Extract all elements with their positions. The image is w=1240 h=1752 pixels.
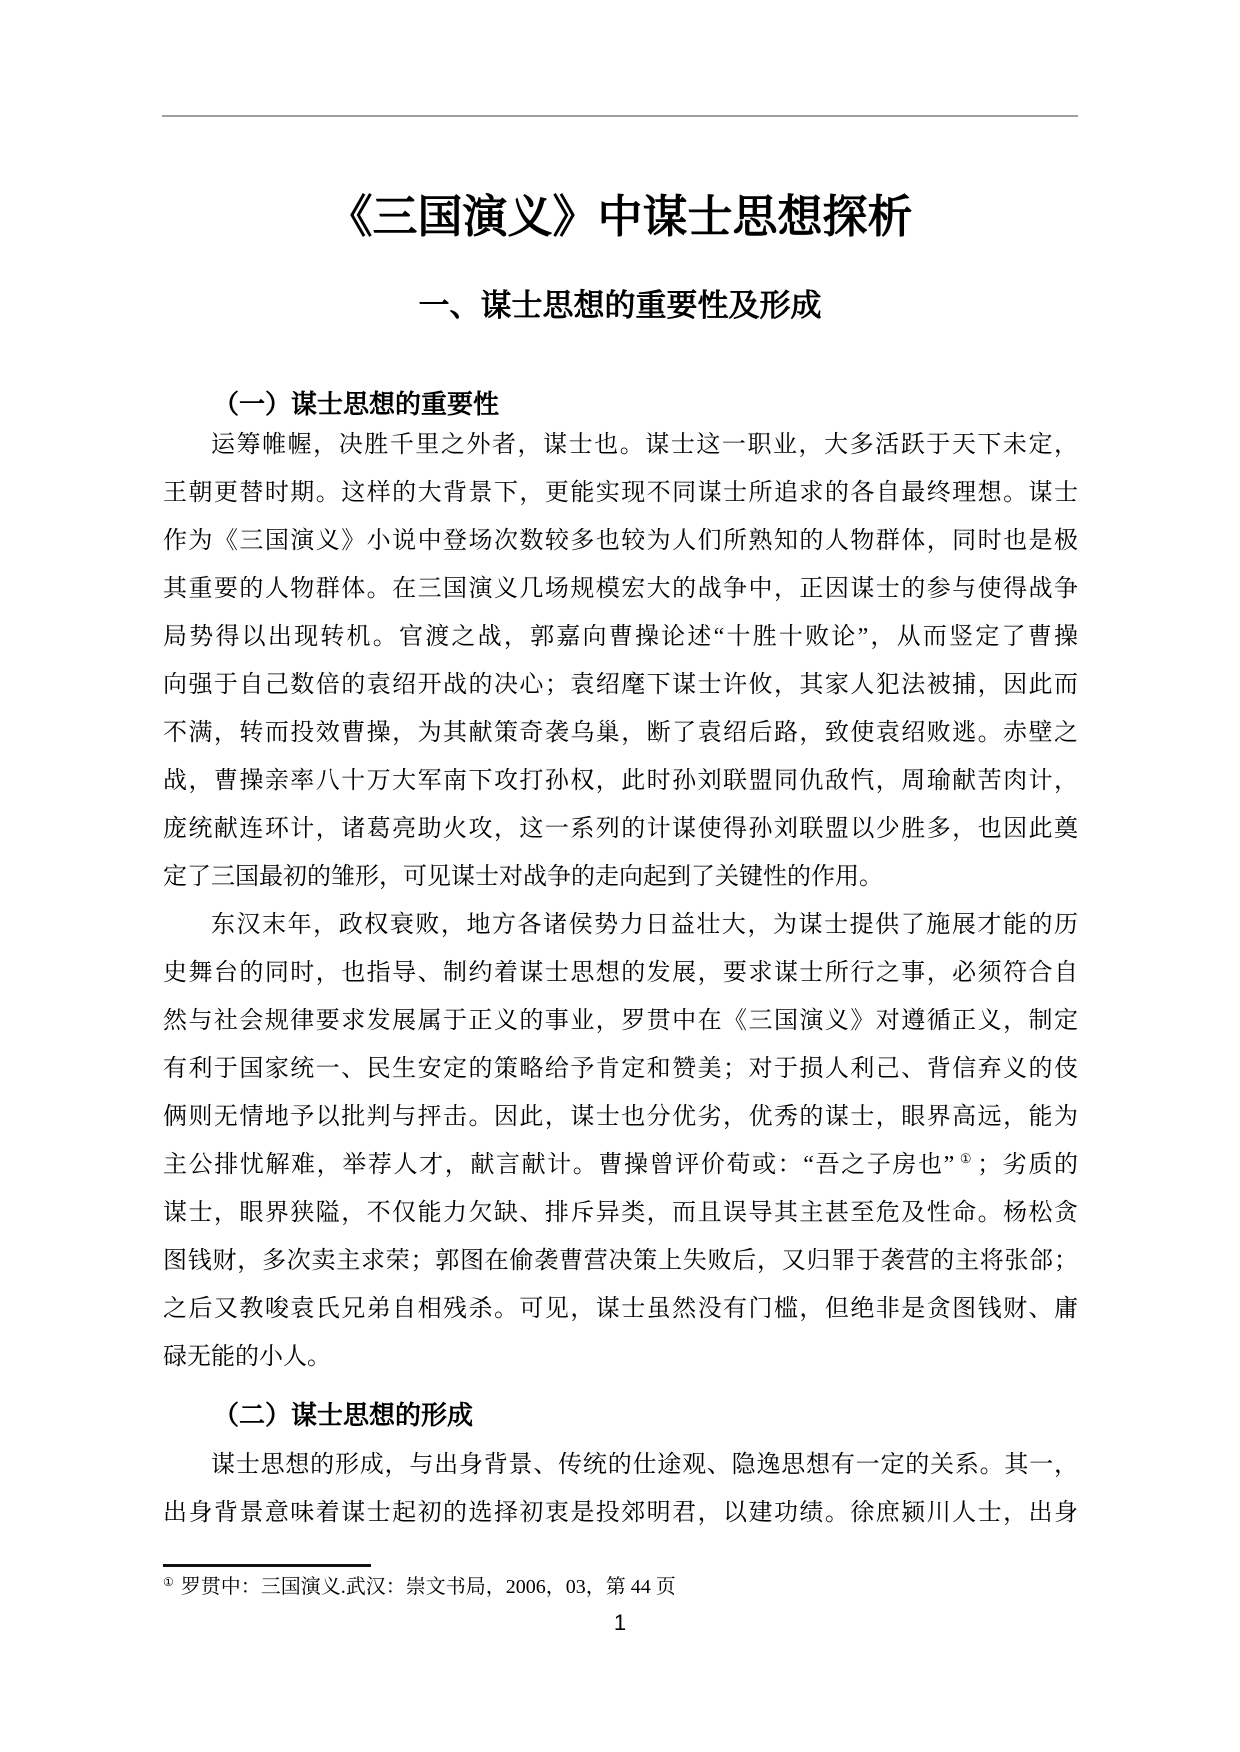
text-line: 俩则无情地予以批判与抨击。因此，谋士也分优劣，优秀的谋士，眼界高远，能为 [163, 1093, 1078, 1141]
text-segment: ；劣质的 [977, 1152, 1078, 1178]
footnote-separator [163, 1564, 371, 1567]
text-line: 战，曹操亲率八十万大军南下攻打孙权，此时孙刘联盟同仇敌忾，周瑜献苦肉计， [163, 757, 1078, 805]
text-line: 出身背景意味着谋士起初的选择初衷是投郊明君，以建功绩。徐庶颍川人士，出身 [163, 1489, 1078, 1537]
footnote-ref: ① [958, 1151, 973, 1166]
text-line: 谋士，眼界狭隘，不仅能力欠缺、排斥异类，而且误导其主甚至危及性命。杨松贪 [163, 1189, 1078, 1237]
footnote-text: 罗贯中：三国演义.武汉：崇文书局，2006，03，第 44 页 [181, 1576, 676, 1598]
header-rule [162, 115, 1078, 117]
text-line: 谋士思想的形成，与出身背景、传统的仕途观、隐逸思想有一定的关系。其一， [163, 1441, 1078, 1489]
footnote: ①罗贯中：三国演义.武汉：崇文书局，2006，03，第 44 页 [163, 1572, 1078, 1602]
document-title: 《三国演义》中谋士思想探析 [0, 192, 1240, 242]
subsection-heading-1: （一）谋士思想的重要性 [163, 388, 1078, 420]
text-line: 图钱财，多次卖主求荣；郭图在偷袭曹营决策上失败后，又归罪于袭营的主将张郃； [163, 1237, 1078, 1285]
text-line: 作为《三国演义》小说中登场次数较多也较为人们所熟知的人物群体，同时也是极 [163, 517, 1078, 565]
paragraph-1: 运筹帷幄，决胜千里之外者，谋士也。谋士这一职业，大多活跃于天下未定，王朝更替时期… [163, 421, 1078, 901]
text-line: 主公排忧解难，举荐人才，献言献计。曹操曾评价荀或：“吾之子房也”①；劣质的 [163, 1141, 1078, 1189]
text-line: 王朝更替时期。这样的大背景下，更能实现不同谋士所追求的各自最终理想。谋士 [163, 469, 1078, 517]
text-segment: 主公排忧解难，举荐人才，献言献计。曹操曾评价荀或：“吾之子房也” [163, 1152, 954, 1178]
text-line: 定了三国最初的雏形，可见谋士对战争的走向起到了关键性的作用。 [163, 853, 1078, 901]
section-title: 一、谋士思想的重要性及形成 [0, 288, 1240, 324]
text-line: 向强于自己数倍的袁绍开战的决心；袁绍麾下谋士许攸，其家人犯法被捕，因此而 [163, 661, 1078, 709]
document-page: 《三国演义》中谋士思想探析 一、谋士思想的重要性及形成 （一）谋士思想的重要性 … [0, 0, 1240, 1752]
paragraph-3: 谋士思想的形成，与出身背景、传统的仕途观、隐逸思想有一定的关系。其一，出身背景意… [163, 1441, 1078, 1537]
text-line: 有利于国家统一、民生安定的策略给予肯定和赞美；对于损人利己、背信弃义的伎 [163, 1045, 1078, 1093]
text-line: 之后又教唆袁氏兄弟自相残杀。可见，谋士虽然没有门槛，但绝非是贪图钱财、庸 [163, 1285, 1078, 1333]
text-line: 局势得以出现转机。官渡之战，郭嘉向曹操论述“十胜十败论”，从而竖定了曹操 [163, 613, 1078, 661]
text-line: 史舞台的同时，也指导、制约着谋士思想的发展，要求谋士所行之事，必须符合自 [163, 949, 1078, 997]
footnote-marker: ① [163, 1575, 174, 1589]
text-line: 不满，转而投效曹操，为其献策奇袭乌巢，断了袁绍后路，致使袁绍败逃。赤壁之 [163, 709, 1078, 757]
text-line: 东汉末年，政权衰败，地方各诸侯势力日益壮大，为谋士提供了施展才能的历 [163, 901, 1078, 949]
text-line: 运筹帷幄，决胜千里之外者，谋士也。谋士这一职业，大多活跃于天下未定， [163, 421, 1078, 469]
page-number: 1 [0, 1608, 1240, 1638]
subsection-heading-2: （二）谋士思想的形成 [163, 1399, 1078, 1431]
paragraph-2: 东汉末年，政权衰败，地方各诸侯势力日益壮大，为谋士提供了施展才能的历史舞台的同时… [163, 901, 1078, 1381]
text-line: 然与社会规律要求发展属于正义的事业，罗贯中在《三国演义》对遵循正义，制定 [163, 997, 1078, 1045]
text-line: 庞统献连环计，诸葛亮助火攻，这一系列的计谋使得孙刘联盟以少胜多，也因此奠 [163, 805, 1078, 853]
text-line: 碌无能的小人。 [163, 1333, 1078, 1381]
text-line: 其重要的人物群体。在三国演义几场规模宏大的战争中，正因谋士的参与使得战争 [163, 565, 1078, 613]
